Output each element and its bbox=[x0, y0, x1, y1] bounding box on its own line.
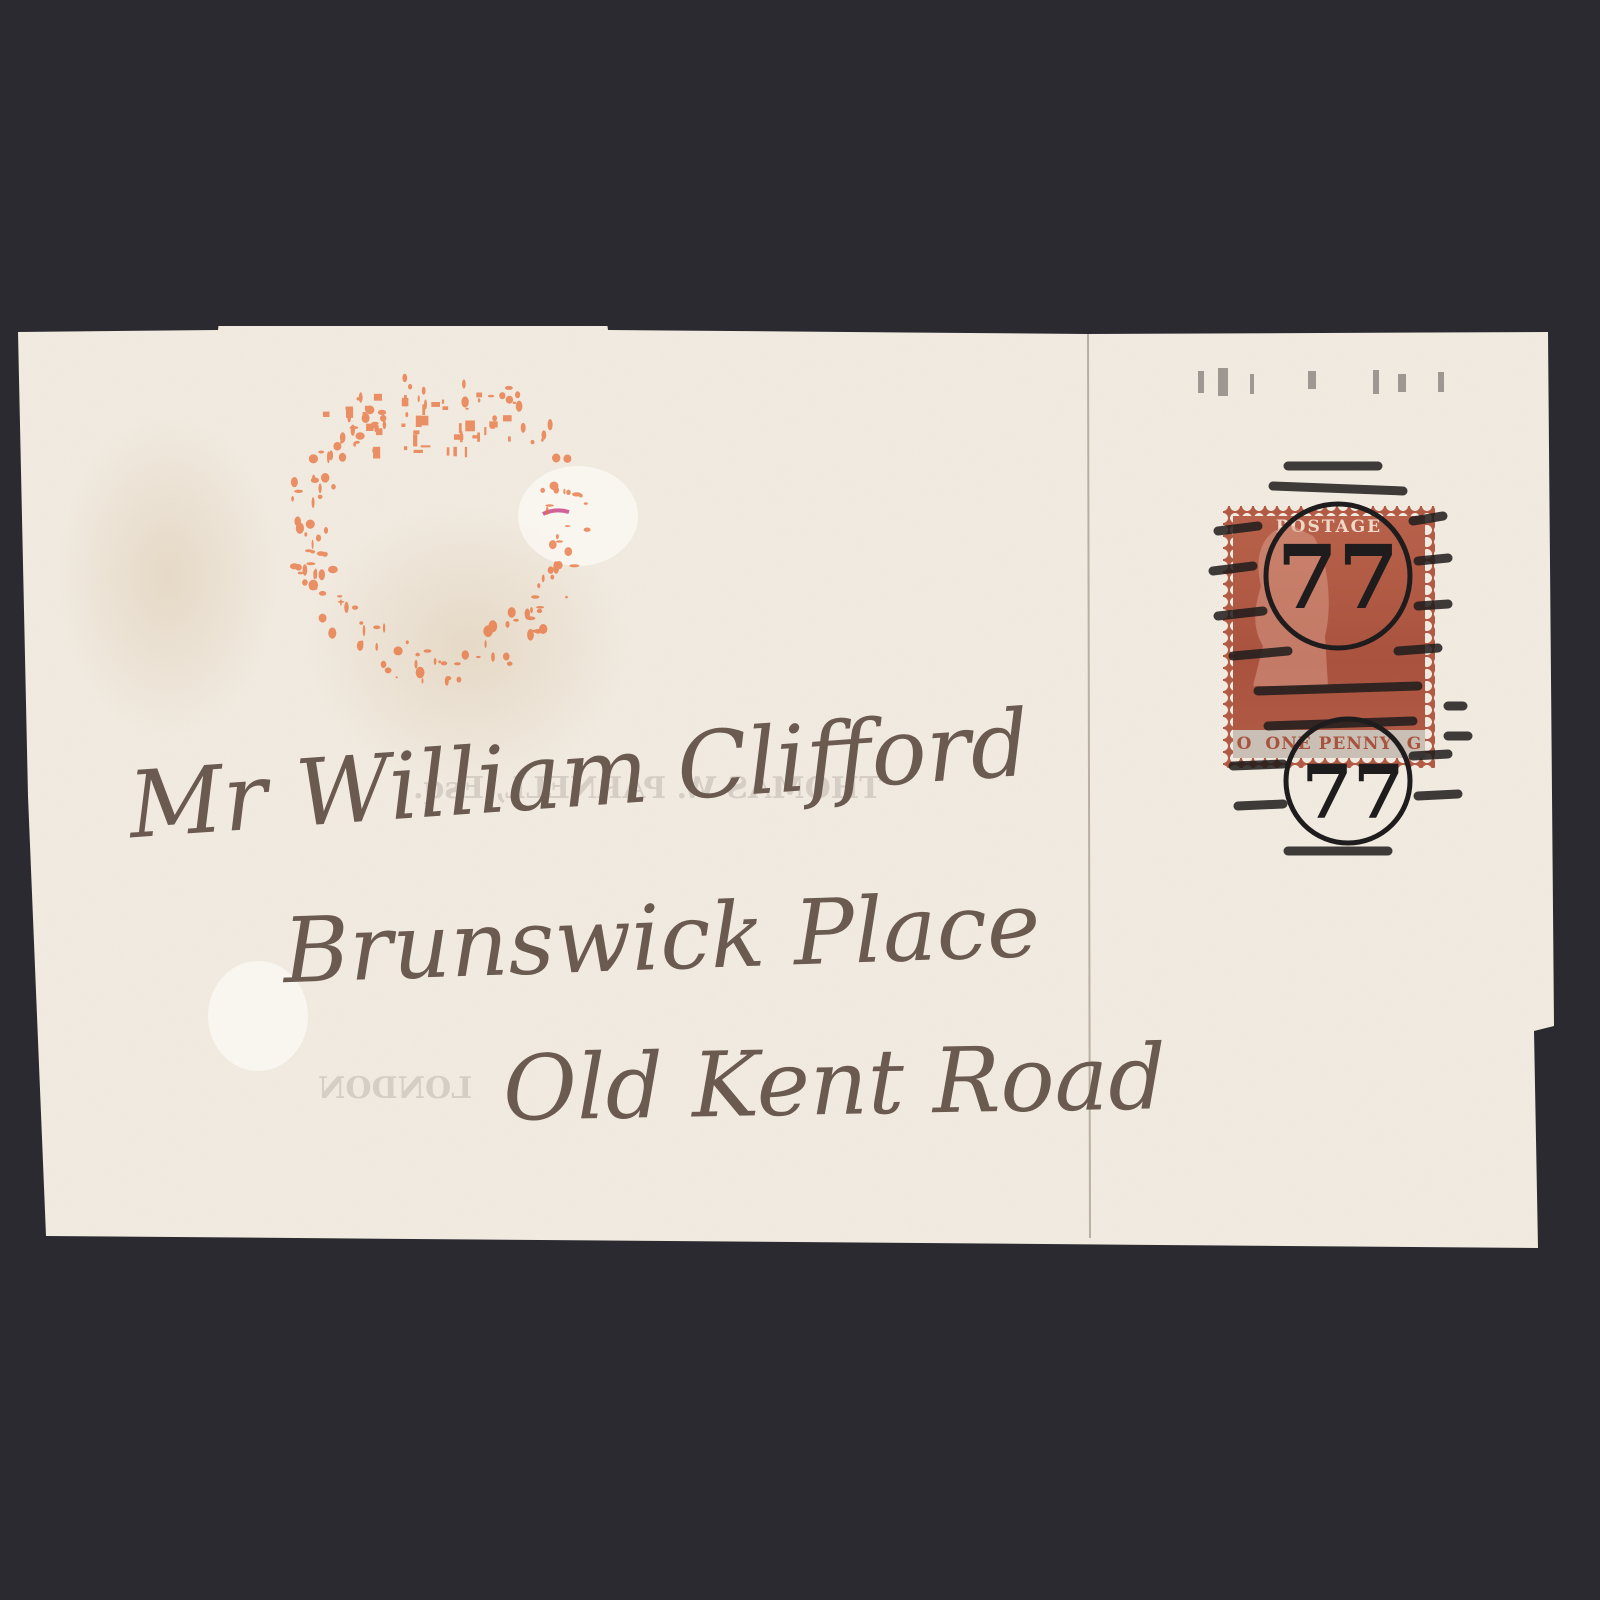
stamp-corner-letter-left: O bbox=[1233, 730, 1255, 758]
queen-portrait-icon bbox=[1233, 516, 1333, 686]
penny-red-stamp: POSTAGE ONE PENNY O G bbox=[1223, 506, 1435, 768]
postal-cover: THOMAS W. PARNELL, Esq. LONDON Mr Willia… bbox=[18, 326, 1578, 1256]
showthrough-text-2: LONDON bbox=[318, 1071, 472, 1106]
address-line-3: Old Kent Road bbox=[502, 1025, 1167, 1142]
stamp-corner-letter-right: G bbox=[1403, 730, 1425, 758]
stamp-bottom-text: ONE PENNY bbox=[1233, 730, 1425, 758]
